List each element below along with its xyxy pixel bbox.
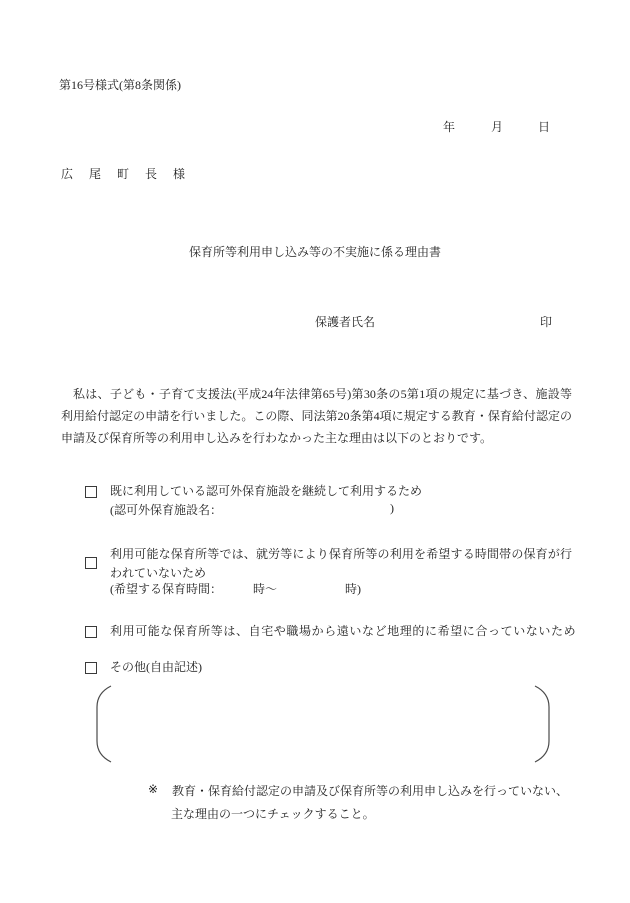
date-year-label: 年 [443,118,455,135]
reason-4-checkbox[interactable] [85,662,97,674]
form-number: 第16号様式(第8条関係) [59,76,181,93]
date-year-field[interactable] [408,116,440,132]
guardian-name-label: 保護者氏名 [315,313,375,330]
free-text-area[interactable] [116,688,530,760]
time-to-field[interactable] [292,578,342,594]
reason-2-checkbox[interactable] [85,557,97,569]
date-day-label: 日 [538,118,550,135]
guardian-name-field[interactable] [385,311,530,328]
reason-1-checkbox[interactable] [85,486,97,498]
facility-name-field[interactable] [228,499,386,515]
seal-label: 印 [540,313,552,330]
reason-3-label: 利用可能な保育所等は、自宅や職場から遠いなど地理的に希望に合っていないため [110,622,572,639]
note-line2: 主な理由の一つにチェックすること。 [171,805,375,822]
reason-2-detail-suffix: 時) [345,580,361,597]
date-month-label: 月 [491,118,503,135]
date-month-field[interactable] [458,116,488,132]
reason-2-detail-prefix: (希望する保育時間： [110,580,222,597]
reason-2-detail-mid: 時～ [253,580,277,597]
body-paragraph: 私は、子ども・子育て支援法(平成24年法律第65号)第30条の5第1項の規定に基… [61,384,572,449]
date-day-field[interactable] [506,116,536,132]
reason-1-detail-suffix: ) [390,501,394,516]
note-line1: 教育・保育給付認定の申請及び保育所等の利用申し込みを行っていない、 [172,782,568,799]
document-page: 第16号様式(第8条関係) 年 月 日 広尾町長様 保育所等利用申し込み等の不実… [0,0,630,903]
page-title: 保育所等利用申し込み等の不実施に係る理由書 [0,243,630,260]
reason-2-label: 利用可能な保育所等では、就労等により保育所等の利用を希望する時間帯の保育が行われ… [110,545,572,582]
free-text-bracket-left [96,685,112,763]
reason-1-label: 既に利用している認可外保育施設を継続して利用するため [110,482,422,499]
note-marker: ※ [148,782,158,797]
reason-1-detail-prefix: (認可外保育施設名： [110,501,222,518]
time-from-field[interactable] [218,578,250,594]
addressee: 広尾町長様 [61,165,201,182]
reason-4-label: その他(自由記述) [110,658,202,675]
reason-3-checkbox[interactable] [85,626,97,638]
free-text-bracket-right [534,685,550,763]
